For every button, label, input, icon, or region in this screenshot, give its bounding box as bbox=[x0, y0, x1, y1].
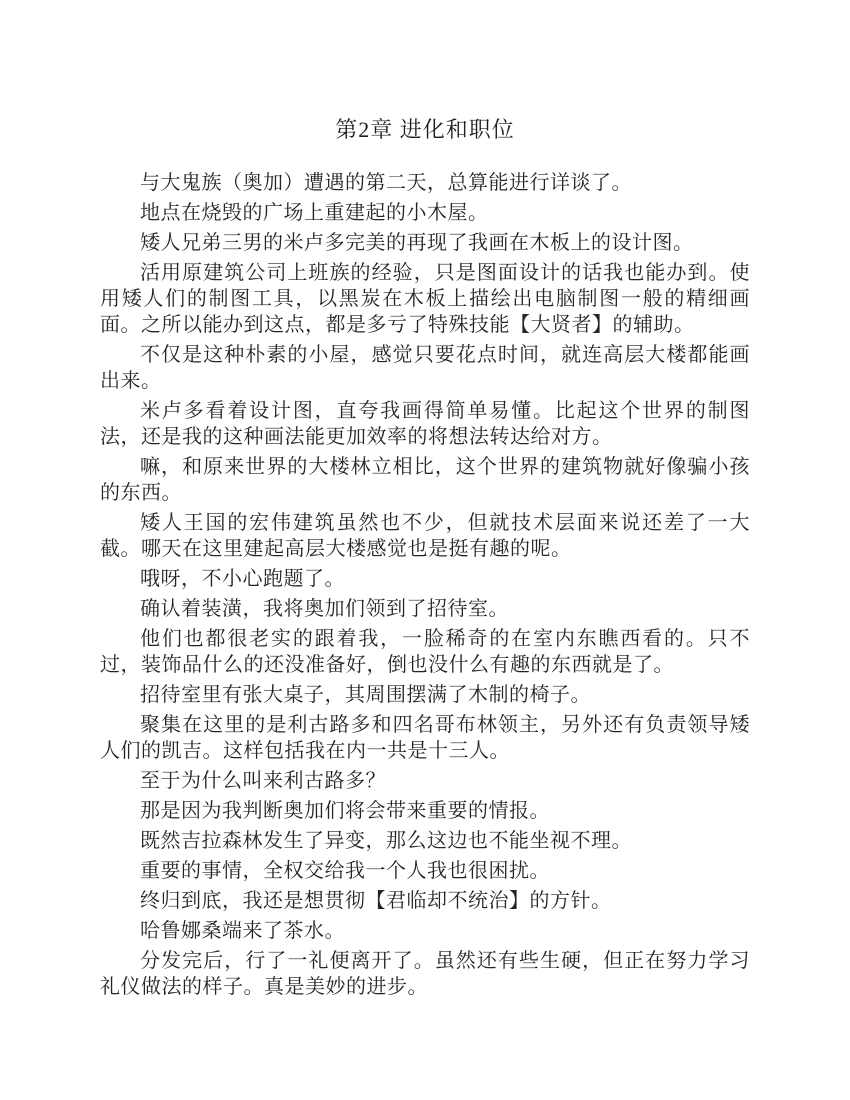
paragraph: 哦呀，不小心跑题了。 bbox=[100, 566, 750, 592]
paragraph: 招待室里有张大桌子，其周围摆满了木制的椅子。 bbox=[100, 682, 750, 708]
paragraph: 嘛，和原来世界的大楼林立相比，这个世界的建筑物就好像骗小孩的东西。 bbox=[100, 454, 750, 506]
paragraph: 不仅是这种朴素的小屋，感觉只要花点时间，就连高层大楼都能画出来。 bbox=[100, 342, 750, 394]
paragraph: 活用原建筑公司上班族的经验，只是图面设计的话我也能办到。使用矮人们的制图工具，以… bbox=[100, 260, 750, 338]
chapter-title: 第2章 进化和职位 bbox=[100, 118, 750, 142]
paragraph: 与大鬼族（奥加）遭遇的第二天，总算能进行详谈了。 bbox=[100, 170, 750, 196]
paragraph: 那是因为我判断奥加们将会带来重要的情报。 bbox=[100, 798, 750, 824]
document-page: 第2章 进化和职位 与大鬼族（奥加）遭遇的第二天，总算能进行详谈了。地点在烧毁的… bbox=[0, 0, 850, 1100]
paragraph: 聚集在这里的是利古路多和四名哥布林领主，另外还有负责领导矮人们的凯吉。这样包括我… bbox=[100, 712, 750, 764]
paragraph: 米卢多看着设计图，直夸我画得简单易懂。比起这个世界的制图法，还是我的这种画法能更… bbox=[100, 398, 750, 450]
paragraph: 分发完后，行了一礼便离开了。虽然还有些生硬，但正在努力学习礼仪做法的样子。真是美… bbox=[100, 948, 750, 1000]
paragraph: 至于为什么叫来利古路多？ bbox=[100, 768, 750, 794]
paragraph: 矮人王国的宏伟建筑虽然也不少，但就技术层面来说还差了一大截。哪天在这里建起高层大… bbox=[100, 510, 750, 562]
paragraph-list: 与大鬼族（奥加）遭遇的第二天，总算能进行详谈了。地点在烧毁的广场上重建起的小木屋… bbox=[100, 170, 750, 1000]
paragraph: 重要的事情，全权交给我一个人我也很困扰。 bbox=[100, 858, 750, 884]
paragraph: 终归到底，我还是想贯彻【君临却不统治】的方针。 bbox=[100, 888, 750, 914]
paragraph: 确认着装潢，我将奥加们领到了招待室。 bbox=[100, 596, 750, 622]
paragraph: 哈鲁娜桑端来了茶水。 bbox=[100, 918, 750, 944]
paragraph: 地点在烧毁的广场上重建起的小木屋。 bbox=[100, 200, 750, 226]
paragraph: 他们也都很老实的跟着我，一脸稀奇的在室内东瞧西看的。只不过，装饰品什么的还没准备… bbox=[100, 626, 750, 678]
paragraph: 矮人兄弟三男的米卢多完美的再现了我画在木板上的设计图。 bbox=[100, 230, 750, 256]
paragraph: 既然吉拉森林发生了异变，那么这边也不能坐视不理。 bbox=[100, 828, 750, 854]
